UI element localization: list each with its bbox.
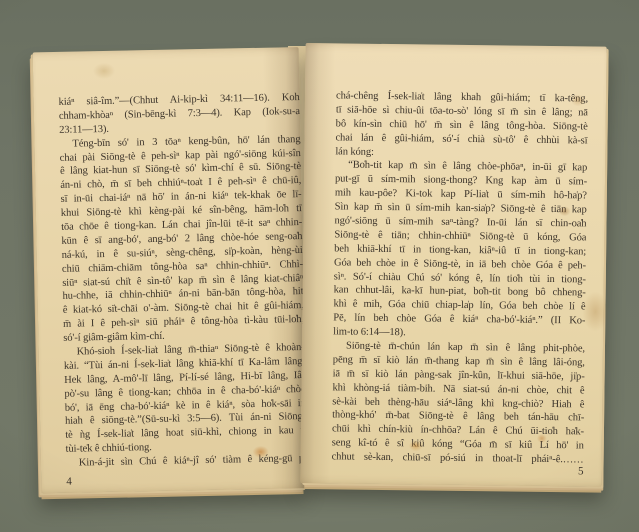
photo-background: kiáⁿ siâ-îm.”—(Chhut Ai-kip-kì 34:11—16)…	[0, 0, 639, 532]
page-number-left: 4	[66, 476, 72, 488]
stain	[582, 291, 608, 331]
page-text-left: kiáⁿ siâ-îm.”—(Chhut Ai-kip-kì 34:11—16)…	[59, 91, 307, 471]
stain	[93, 63, 115, 79]
page-text-right: chá-chêng Í-sek-lia̍t lâng khah gûi-hiám…	[332, 89, 589, 467]
page-number-right: 5	[331, 462, 583, 477]
book-page-left: kiáⁿ siâ-îm.”—(Chhut Ai-kip-kì 34:11—16)…	[33, 47, 308, 493]
book-page-right: chá-chêng Í-sek-lia̍t lâng khah gûi-hiám…	[300, 43, 606, 487]
